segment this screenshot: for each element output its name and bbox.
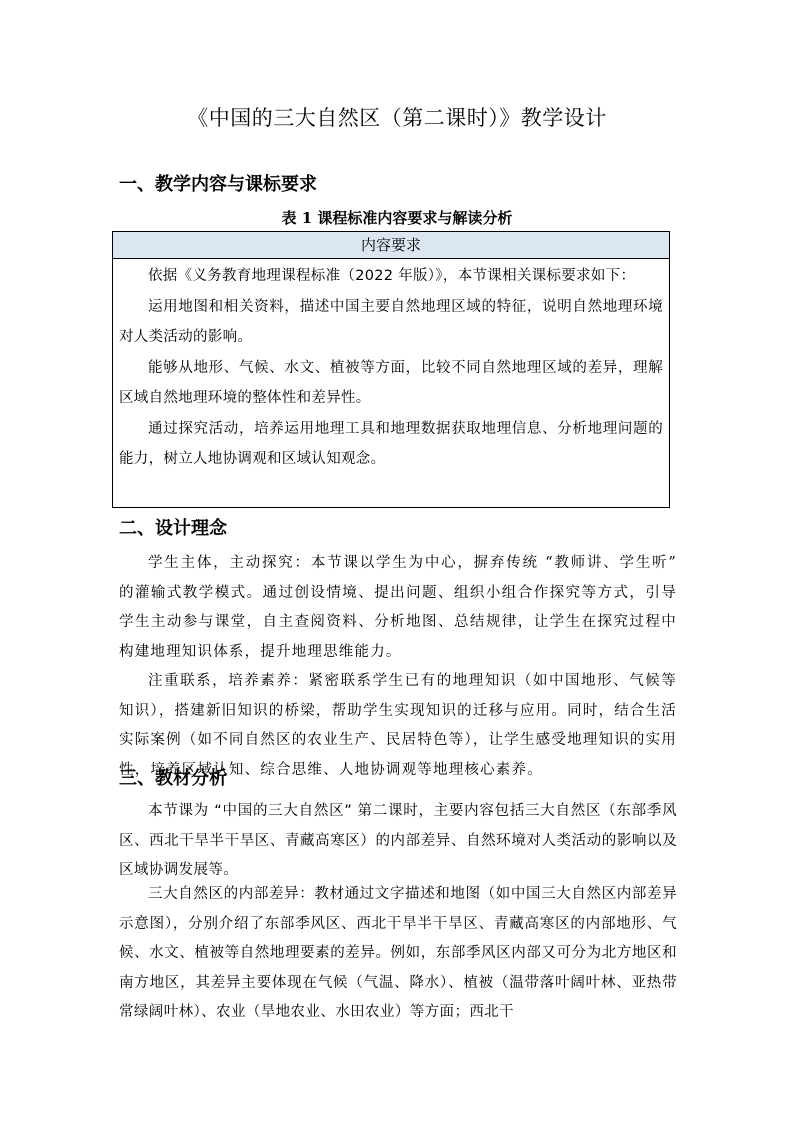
section-3-paragraph: 三大自然区的内部差异：教材通过文字描述和地图（如中国三大自然区内部差异示意图），… xyxy=(119,880,677,1028)
document-page: 《中国的三大自然区（第二课时）》教学设计 一、教学内容与课标要求 表 1 课程标… xyxy=(0,0,794,1123)
table-caption: 表 1 课程标准内容要求与解读分析 xyxy=(0,207,794,229)
section-1-heading: 一、教学内容与课标要求 xyxy=(119,172,317,198)
section-2-paragraph: 学生主体，主动探究：本节课以学生为中心，摒弃传统 “教师讲、学生听” 的灌输式教… xyxy=(119,549,677,667)
document-title: 《中国的三大自然区（第二课时）》教学设计 xyxy=(0,103,794,133)
section-2-heading: 二、设计理念 xyxy=(119,516,227,542)
section-3-paragraph: 本节课为 “中国的三大自然区” 第二课时，主要内容包括三大自然区（东部季风区、西… xyxy=(119,797,677,886)
table-paragraph: 依据《义务教育地理课程标准（2022 年版）》，本节课相关课标要求如下： xyxy=(119,261,663,292)
table-paragraph: 能够从地形、气候、水文、植被等方面，比较不同自然地理区域的差异，理解区域自然地理… xyxy=(119,353,663,414)
table-body-cell: 依据《义务教育地理课程标准（2022 年版）》，本节课相关课标要求如下： 运用地… xyxy=(113,259,669,475)
curriculum-standards-table: 内容要求 依据《义务教育地理课程标准（2022 年版）》，本节课相关课标要求如下… xyxy=(112,231,670,508)
table-paragraph: 通过探究活动，培养运用地理工具和地理数据获取地理信息、分析地理问题的能力，树立人… xyxy=(119,414,663,475)
section-3-heading: 三、教材分析 xyxy=(119,766,227,792)
table-header-cell: 内容要求 xyxy=(113,232,669,259)
table-paragraph: 运用地图和相关资料，描述中国主要自然地理区域的特征，说明自然地理环境对人类活动的… xyxy=(119,292,663,353)
